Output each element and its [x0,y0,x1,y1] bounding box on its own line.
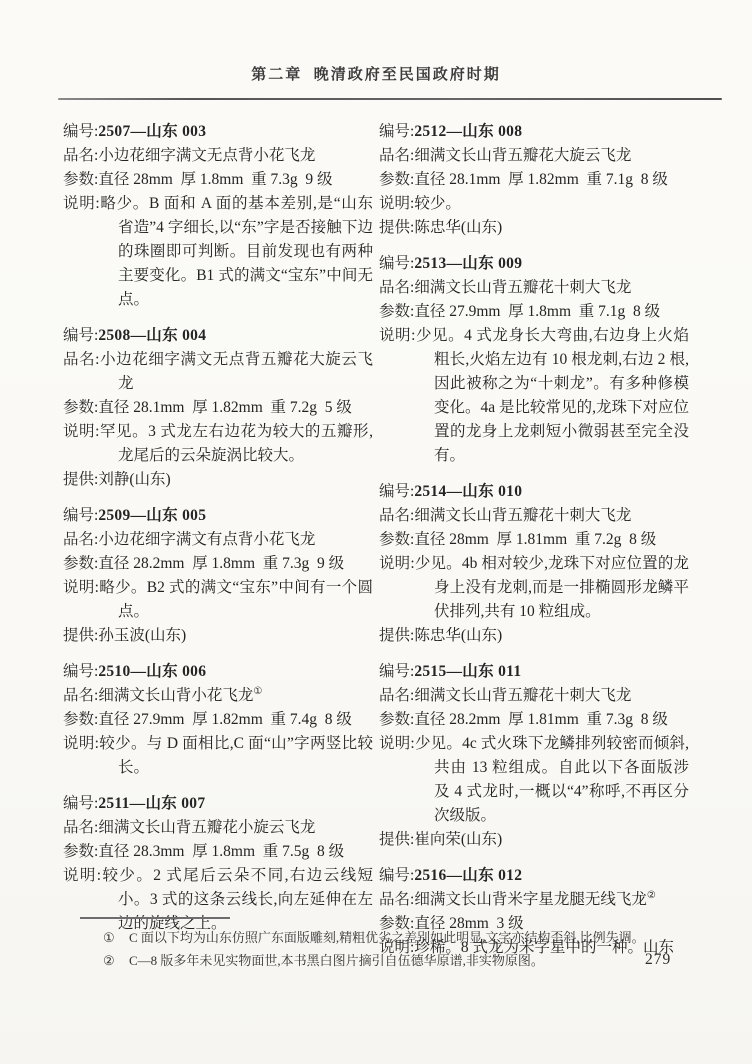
entry-id-label: 编号: [63,123,98,140]
page-number: 279 [645,951,671,969]
entry-id-value: 2510—山东 006 [98,663,206,680]
footnote-ref-mark: ① [253,686,262,697]
entry-name-label: 品名: [379,279,414,296]
entry-params-value: 直径 28.1mm 厚 1.82mm 重 7.2g 5 级 [98,399,352,416]
footnote-item: ②C—8 版多年未见实物面世,本书黑白图片摘引自伍德华原谱,非实物原图。 [103,949,695,972]
entry-note-value: 略少。B2 式的满文“宝东”中间有一个圆点。 [99,579,373,620]
entry-id-label: 编号: [379,663,414,680]
entry-id-row: 编号:2508—山东 004 [63,324,373,348]
entry-id-label: 编号: [63,795,98,812]
entry-id-value: 2514—山东 010 [414,483,522,500]
entry-id-row: 编号:2511—山东 007 [63,792,373,816]
entry-name-row: 品名:小边花细字满文无点背小花飞龙 [63,144,373,168]
entry-note-row: 说明:略少。B 面和 A 面的基本差别,是“山东省造”4 字细长,以“东”字是否… [63,192,373,312]
footnote-text: C—8 版多年未见实物面世,本书黑白图片摘引自伍德华原谱,非实物原图。 [129,949,695,972]
entry-params-label: 参数: [379,171,414,188]
entry-note-value: 较少。2 式尾后云朵不同,右边云线短小。3 式的这条云线长,向左延伸在左边的旋线… [101,867,373,932]
entry-params-row: 参数:直径 28mm 厚 1.81mm 重 7.2g 8 级 [379,528,689,552]
entry-params-row: 参数:直径 28.1mm 厚 1.82mm 重 7.2g 5 级 [63,396,373,420]
entry-name-label: 品名: [63,687,98,704]
entry-params-value: 直径 28mm 厚 1.81mm 重 7.2g 8 级 [414,531,656,548]
entry-name-value: 细满文长山背五瓣花小旋云飞龙 [98,819,315,836]
entry-id-label: 编号: [63,327,98,344]
entry-params-row: 参数:直径 28.2mm 厚 1.8mm 重 7.3g 9 级 [63,552,373,576]
entry-note-row: 说明:少见。4c 式火珠下龙鳞排列较密而倾斜,共由 13 粒组成。自此以下各面版… [379,732,689,828]
catalog-entry: 编号:2507—山东 003 品名:小边花细字满文无点背小花飞龙 参数:直径 2… [63,120,373,312]
entry-params-value: 直径 28.2mm 厚 1.81mm 重 7.3g 8 级 [414,711,668,728]
entry-name-value: 细满文长山背小花飞龙 [98,687,253,704]
entry-params-label: 参数: [63,555,98,572]
entry-note-label: 说明: [63,579,99,596]
entry-id-value: 2508—山东 004 [98,327,206,344]
catalog-entry: 编号:2508—山东 004 品名:小边花细字满文无点背五瓣花大旋云飞龙 参数:… [63,324,373,492]
entry-params-value: 直径 27.9mm 厚 1.82mm 重 7.4g 8 级 [98,711,352,728]
entry-name-label: 品名: [63,531,98,548]
catalog-entry: 编号:2509—山东 005 品名:小边花细字满文有点背小花飞龙 参数:直径 2… [63,504,373,648]
entry-id-label: 编号: [379,255,414,272]
entry-name-label: 品名: [379,147,414,164]
entry-note-label: 说明: [379,327,415,344]
entry-note-label: 说明: [63,867,101,884]
entry-note-row: 说明:少见。4b 相对较少,龙珠下对应位置的龙身上没有龙刺,而是一排椭圆形龙鳞平… [379,552,689,624]
entry-name-label: 品名: [379,687,414,704]
entry-name-row: 品名:细满文长山背五瓣花大旋云飞龙 [379,144,689,168]
entry-id-label: 编号: [379,483,414,500]
entry-id-value: 2509—山东 005 [98,507,206,524]
footnote-marker: ① [103,926,129,949]
entry-id-value: 2511—山东 007 [98,795,205,812]
entry-name-row: 品名:小边花细字满文有点背小花飞龙 [63,528,373,552]
entry-note-value: 少见。4b 相对较少,龙珠下对应位置的龙身上没有龙刺,而是一排椭圆形龙鳞平伏排列… [415,555,689,620]
entry-provider-value: 刘静(山东) [98,471,170,488]
entry-id-label: 编号: [63,507,98,524]
footnotes: ①C 面以下均为山东仿照广东面版雕刻,精粗优劣之差别如此明显,文字亦结构歪斜,比… [103,926,695,972]
entry-provider-row: 提供:陈忠华(山东) [379,624,689,648]
entry-id-row: 编号:2507—山东 003 [63,120,373,144]
catalog-entry: 编号:2515—山东 011 品名:细满文长山背五瓣花十刺大飞龙 参数:直径 2… [379,660,689,852]
catalog-entry: 编号:2514—山东 010 品名:细满文长山背五瓣花十刺大飞龙 参数:直径 2… [379,480,689,648]
entry-params-row: 参数:直径 28.2mm 厚 1.81mm 重 7.3g 8 级 [379,708,689,732]
catalog-entry: 编号:2512—山东 008 品名:细满文长山背五瓣花大旋云飞龙 参数:直径 2… [379,120,689,240]
entry-name-row: 品名:细满文长山背五瓣花十刺大飞龙 [379,276,689,300]
entry-name-label: 品名: [379,891,414,908]
entry-name-row: 品名:小边花细字满文无点背五瓣花大旋云飞龙 [63,348,373,396]
entry-params-value: 直径 28.1mm 厚 1.82mm 重 7.1g 8 级 [414,171,668,188]
catalog-entry: 编号:2510—山东 006 品名:细满文长山背小花飞龙① 参数:直径 27.9… [63,660,373,780]
entry-params-value: 直径 28.2mm 厚 1.8mm 重 7.3g 9 级 [98,555,344,572]
entry-note-value: 罕见。3 式龙左右边花为较大的五瓣形,龙尾后的云朵旋涡比较大。 [99,423,373,464]
entry-name-row: 品名:细满文长山背五瓣花十刺大飞龙 [379,504,689,528]
footnote-text: C 面以下均为山东仿照广东面版雕刻,精粗优劣之差别如此明显,文字亦结构歪斜,比例… [129,926,695,949]
entry-name-value: 细满文长山背五瓣花十刺大飞龙 [414,279,631,296]
entry-note-label: 说明: [63,423,99,440]
entry-id-row: 编号:2513—山东 009 [379,252,689,276]
entry-note-label: 说明: [379,195,414,212]
book-page: 第二章 晚清政府至民国政府时期 编号:2507—山东 003 品名:小边花细字满… [0,0,752,1064]
entry-provider-label: 提供: [379,831,414,848]
entry-params-label: 参数: [379,531,414,548]
entry-note-value: 较少。 [414,195,461,212]
entry-params-row: 参数:直径 27.9mm 厚 1.8mm 重 7.1g 8 级 [379,300,689,324]
entry-params-value: 直径 27.9mm 厚 1.8mm 重 7.1g 8 级 [414,303,660,320]
entry-note-label: 说明: [379,555,415,572]
catalog-entry: 编号:2511—山东 007 品名:细满文长山背五瓣花小旋云飞龙 参数:直径 2… [63,792,373,936]
entry-note-row: 说明:较少。 [379,192,689,216]
entry-note-row: 说明:罕见。3 式龙左右边花为较大的五瓣形,龙尾后的云朵旋涡比较大。 [63,420,373,468]
entry-id-row: 编号:2509—山东 005 [63,504,373,528]
entry-provider-row: 提供:孙玉波(山东) [63,624,373,648]
entry-params-row: 参数:直径 28mm 厚 1.8mm 重 7.3g 9 级 [63,168,373,192]
entry-name-row: 品名:细满文长山背小花飞龙① [63,684,373,708]
entry-name-label: 品名: [63,147,98,164]
entry-name-label: 品名: [63,351,99,368]
entry-params-label: 参数: [63,399,98,416]
entry-provider-label: 提供: [63,471,98,488]
entry-params-label: 参数: [63,843,98,860]
entry-id-value: 2513—山东 009 [414,255,522,272]
entry-name-value: 细满文长山背米字星龙腿无线飞龙 [414,891,647,908]
entry-provider-row: 提供:陈忠华(山东) [379,216,689,240]
entry-params-row: 参数:直径 28.1mm 厚 1.82mm 重 7.1g 8 级 [379,168,689,192]
entry-provider-value: 陈忠华(山东) [414,219,502,236]
entry-params-value: 直径 28mm 厚 1.8mm 重 7.3g 9 级 [98,171,332,188]
entry-note-row: 说明:较少。与 D 面相比,C 面“山”字两竖比较长。 [63,732,373,780]
entry-note-row: 说明:少见。4 式龙身长大弯曲,右边身上火焰粗长,火焰左边有 10 根龙刺,右边… [379,324,689,468]
entry-name-row: 品名:细满文长山背米字星龙腿无线飞龙② [379,888,689,912]
entry-provider-label: 提供: [379,219,414,236]
footnote-item: ①C 面以下均为山东仿照广东面版雕刻,精粗优劣之差别如此明显,文字亦结构歪斜,比… [103,926,695,949]
entry-id-label: 编号: [379,867,414,884]
entry-provider-row: 提供:刘静(山东) [63,468,373,492]
catalog-entry: 编号:2513—山东 009 品名:细满文长山背五瓣花十刺大飞龙 参数:直径 2… [379,252,689,468]
entry-params-label: 参数: [379,711,414,728]
entry-name-value: 小边花细字满文无点背五瓣花大旋云飞龙 [99,351,373,392]
entry-params-row: 参数:直径 28.3mm 厚 1.8mm 重 7.5g 8 级 [63,840,373,864]
entry-id-value: 2515—山东 011 [414,663,521,680]
entry-id-label: 编号: [379,123,414,140]
entry-name-label: 品名: [379,507,414,524]
entry-name-row: 品名:细满文长山背五瓣花十刺大飞龙 [379,684,689,708]
entry-note-label: 说明: [63,195,100,212]
entry-note-label: 说明: [379,735,415,752]
entry-name-value: 细满文长山背五瓣花大旋云飞龙 [414,147,631,164]
entry-note-label: 说明: [63,735,99,752]
entry-id-value: 2512—山东 008 [414,123,522,140]
entry-id-value: 2516—山东 012 [414,867,522,884]
entry-note-value: 较少。与 D 面相比,C 面“山”字两竖比较长。 [99,735,373,776]
entry-provider-value: 孙玉波(山东) [98,627,186,644]
entry-name-label: 品名: [63,819,98,836]
chapter-header: 第二章 晚清政府至民国政府时期 [0,63,752,84]
entry-id-row: 编号:2510—山东 006 [63,660,373,684]
entry-params-label: 参数: [63,171,98,188]
entry-params-value: 直径 28.3mm 厚 1.8mm 重 7.5g 8 级 [98,843,344,860]
entry-id-row: 编号:2514—山东 010 [379,480,689,504]
entry-id-value: 2507—山东 003 [98,123,206,140]
left-column: 编号:2507—山东 003 品名:小边花细字满文无点背小花飞龙 参数:直径 2… [63,120,373,948]
entry-id-row: 编号:2516—山东 012 [379,864,689,888]
header-rule [58,98,722,100]
entry-provider-label: 提供: [379,627,414,644]
entry-note-value: 略少。B 面和 A 面的基本差别,是“山东省造”4 字细长,以“东”字是否接触下… [100,195,373,308]
entry-id-label: 编号: [63,663,98,680]
entry-id-row: 编号:2515—山东 011 [379,660,689,684]
entry-name-value: 细满文长山背五瓣花十刺大飞龙 [414,507,631,524]
entry-note-row: 说明:略少。B2 式的满文“宝东”中间有一个圆点。 [63,576,373,624]
entry-provider-value: 陈忠华(山东) [414,627,502,644]
footnote-ref-mark: ② [647,890,656,901]
entry-id-row: 编号:2512—山东 008 [379,120,689,144]
entry-params-row: 参数:直径 27.9mm 厚 1.82mm 重 7.4g 8 级 [63,708,373,732]
entry-params-label: 参数: [63,711,98,728]
right-column: 编号:2512—山东 008 品名:细满文长山背五瓣花大旋云飞龙 参数:直径 2… [379,120,689,972]
entry-note-value: 少见。4 式龙身长大弯曲,右边身上火焰粗长,火焰左边有 10 根龙刺,右边 2 … [415,327,689,464]
entry-provider-row: 提供:崔向荣(山东) [379,828,689,852]
entry-provider-value: 崔向荣(山东) [414,831,502,848]
footnote-rule [80,917,230,919]
entry-name-value: 细满文长山背五瓣花十刺大飞龙 [414,687,631,704]
footnote-marker: ② [103,949,129,972]
entry-name-value: 小边花细字满文无点背小花飞龙 [98,147,315,164]
entry-params-label: 参数: [379,303,414,320]
entry-name-row: 品名:细满文长山背五瓣花小旋云飞龙 [63,816,373,840]
entry-note-value: 少见。4c 式火珠下龙鳞排列较密而倾斜,共由 13 粒组成。自此以下各面版涉及 … [415,735,689,824]
entry-name-value: 小边花细字满文有点背小花飞龙 [98,531,315,548]
entry-provider-label: 提供: [63,627,98,644]
